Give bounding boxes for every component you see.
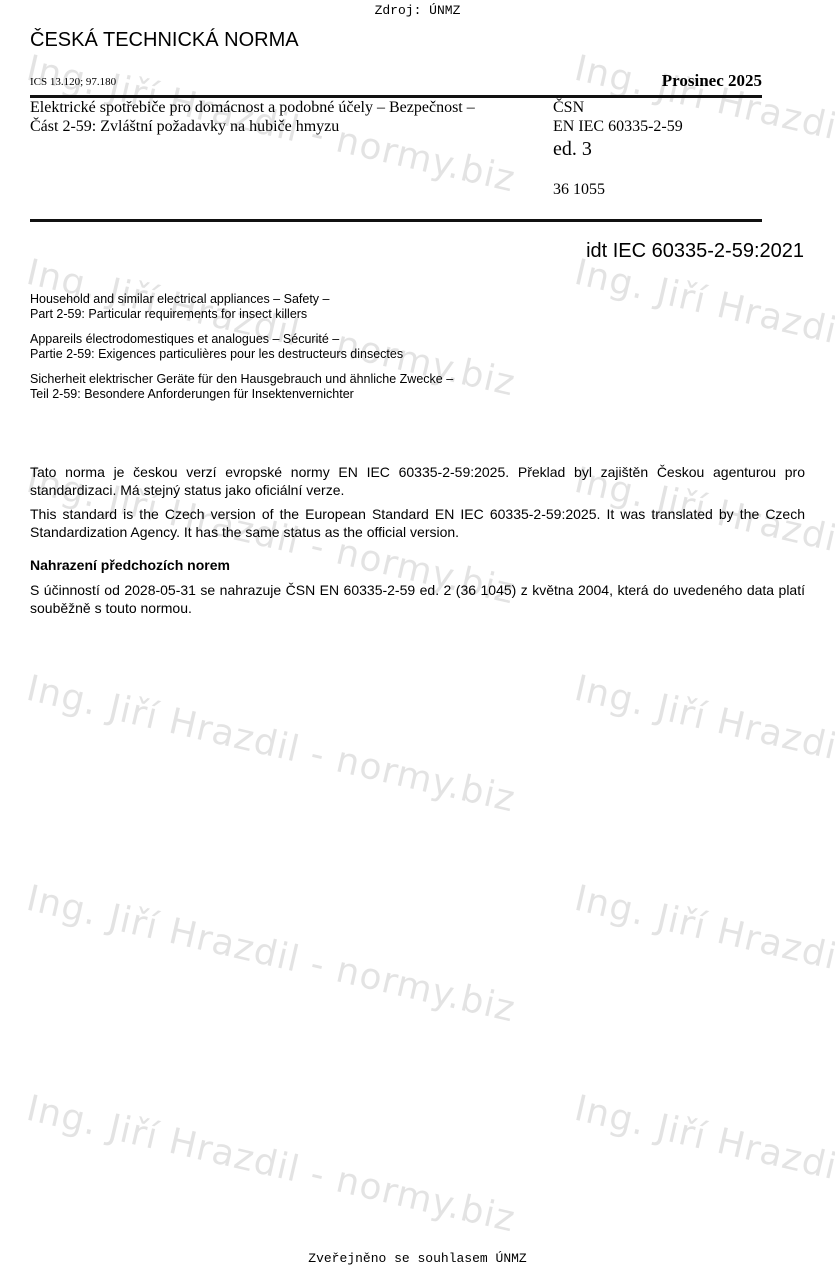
watermark: Ing. Jiří Hrazdil - normy.biz [571,1088,835,1240]
title-english-line2: Part 2-59: Particular requirements for i… [30,307,550,322]
title-french-line1: Appareils électrodomestiques et analogue… [30,332,550,347]
standard-type-heading: ČESKÁ TECHNICKÁ NORMA [30,29,299,52]
title-english-line1: Household and similar electrical applian… [30,292,550,307]
czech-title: Elektrické spotřebiče pro domácnost a po… [30,98,540,136]
title-german: Sicherheit elektrischer Geräte für den H… [30,372,550,402]
ics-code: ICS 13.120; 97.180 [30,76,116,88]
watermark: Ing. Jiří Hrazdil - normy.biz [571,668,835,820]
watermark: Ing. Jiří Hrazdil - normy.biz [23,1088,519,1240]
edition: ed. 3 [553,136,683,162]
publication-date: Prosinec 2025 [540,71,762,91]
footer-consent: Zveřejněno se souhlasem ÚNMZ [0,1251,835,1266]
paragraph-czech-version: Tato norma je českou verzí evropské norm… [30,463,805,499]
paragraph-english-version: This standard is the Czech version of th… [30,505,805,541]
czech-title-line1: Elektrické spotřebiče pro domácnost a po… [30,98,540,117]
czech-title-line2: Část 2-59: Zvláštní požadavky na hubiče … [30,117,540,136]
title-german-line2: Teil 2-59: Besondere Anforderungen für I… [30,387,550,402]
classification-number: 36 1055 [553,180,683,199]
bottom-rule [30,219,762,222]
csn-label: ČSN [553,98,683,117]
watermark: Ing. Jiří Hrazdil - normy.biz [571,252,835,404]
watermark: Ing. Jiří Hrazdil - normy.biz [571,878,835,1030]
identity-reference: idt IEC 60335-2-59:2021 [500,240,804,263]
designation-block: ČSN EN IEC 60335-2-59 ed. 3 36 1055 [553,98,683,199]
title-english: Household and similar electrical applian… [30,292,550,322]
replacement-heading: Nahrazení předchozích norem [30,557,230,573]
source-header: Zdroj: ÚNMZ [0,3,835,18]
replacement-paragraph: S účinností od 2028-05-31 se nahrazuje Č… [30,581,805,617]
title-french: Appareils électrodomestiques et analogue… [30,332,550,362]
watermark: Ing. Jiří Hrazdil - normy.biz [23,668,519,820]
title-french-line2: Partie 2-59: Exigences particulières pou… [30,347,550,362]
title-german-line1: Sicherheit elektrischer Geräte für den H… [30,372,550,387]
designation: EN IEC 60335-2-59 [553,117,683,136]
watermark: Ing. Jiří Hrazdil - normy.biz [23,878,519,1030]
